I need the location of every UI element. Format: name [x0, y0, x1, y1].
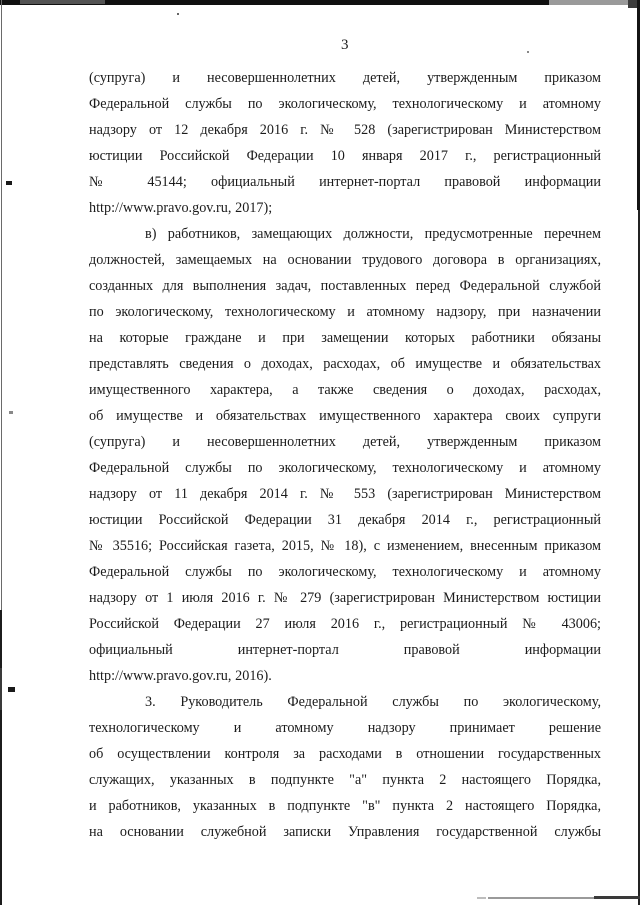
text-line: имущественного характера, а также сведен…: [89, 377, 601, 403]
text-line: надзору от 11 декабря 2014 г. № 553 (зар…: [89, 481, 601, 507]
scan-speck-left-middle: [9, 411, 13, 414]
text-line: об имуществе и обязательствах имуществен…: [89, 403, 601, 429]
text-block: (супруга) и несовершеннолетних детей, ут…: [89, 65, 601, 845]
scanned-document-page: 3 (супруга) и несовершеннолетних детей, …: [0, 0, 640, 905]
scan-speck-left-upper: [6, 181, 12, 185]
text-line: в) работников, замещающих должности, пре…: [89, 221, 601, 247]
scan-bottom-line-light: [488, 897, 596, 899]
text-line: на основании служебной записки Управлени…: [89, 819, 601, 845]
text-line: Федеральной службы по экологическому, те…: [89, 455, 601, 481]
text-line: юстиции Российской Федерации 31 декабря …: [89, 507, 601, 533]
text-line: официальный интернет-портал правовой инф…: [89, 637, 601, 663]
text-line: и работников, указанных в подпункте "в" …: [89, 793, 601, 819]
text-line: служащих, указанных в подпункте "а" пунк…: [89, 767, 601, 793]
text-line: № 45144; официальный интернет-портал пра…: [89, 169, 601, 195]
text-line: по экологическому, технологическому и ат…: [89, 299, 601, 325]
scan-edge-top-bar-gray-segment: [20, 0, 105, 4]
text-line: должностей, замещаемых на основании труд…: [89, 247, 601, 273]
text-line: Российской Федерации 27 июля 2016 г., ре…: [89, 611, 601, 637]
scan-speck-left-lower: [8, 687, 15, 692]
scan-edge-top-bar-gray-right: [549, 0, 640, 5]
text-line: на которые граждане и при замещении кото…: [89, 325, 601, 351]
scan-edge-left-line-black: [0, 610, 2, 905]
text-line: (супруга) и несовершеннолетних детей, ут…: [89, 65, 601, 91]
text-line: технологическому и атомному надзору прин…: [89, 715, 601, 741]
paragraph-subitem-v: в) работников, замещающих должности, пре…: [89, 221, 601, 689]
text-line: представлять сведения о доходах, расхода…: [89, 351, 601, 377]
scan-bottom-specks: [477, 897, 486, 899]
text-line: юстиции Российской Федерации 10 января 2…: [89, 143, 601, 169]
scan-dot-top: [177, 13, 179, 15]
text-line: http://www.pravo.gov.ru, 2017);: [89, 195, 601, 221]
text-line: созданных для выполнения задач, поставле…: [89, 273, 601, 299]
text-line: Федеральной службы по экологическому, те…: [89, 91, 601, 117]
paragraph-item-3: 3. Руководитель Федеральной службы по эк…: [89, 689, 601, 845]
text-line: надзору от 12 декабря 2016 г. № 528 (зар…: [89, 117, 601, 143]
text-line: № 35516; Российская газета, 2015, № 18),…: [89, 533, 601, 559]
scan-bottom-line-dark: [594, 896, 640, 899]
text-line: (супруга) и несовершеннолетних детей, ут…: [89, 429, 601, 455]
scan-edge-left-line-gray: [1, 0, 2, 613]
text-line: надзору от 1 июля 2016 г. № 279 (зарегис…: [89, 585, 601, 611]
text-line: http://www.pravo.gov.ru, 2016).: [89, 663, 601, 689]
paragraph-order-528: (супруга) и несовершеннолетних детей, ут…: [89, 65, 601, 221]
text-line: об осуществлении контроля за расходами в…: [89, 741, 601, 767]
scan-edge-left-tick: [0, 668, 2, 710]
text-line: 3. Руководитель Федеральной службы по эк…: [89, 689, 601, 715]
page-number: 3: [89, 37, 601, 54]
text-line: Федеральной службы по экологическому, те…: [89, 559, 601, 585]
